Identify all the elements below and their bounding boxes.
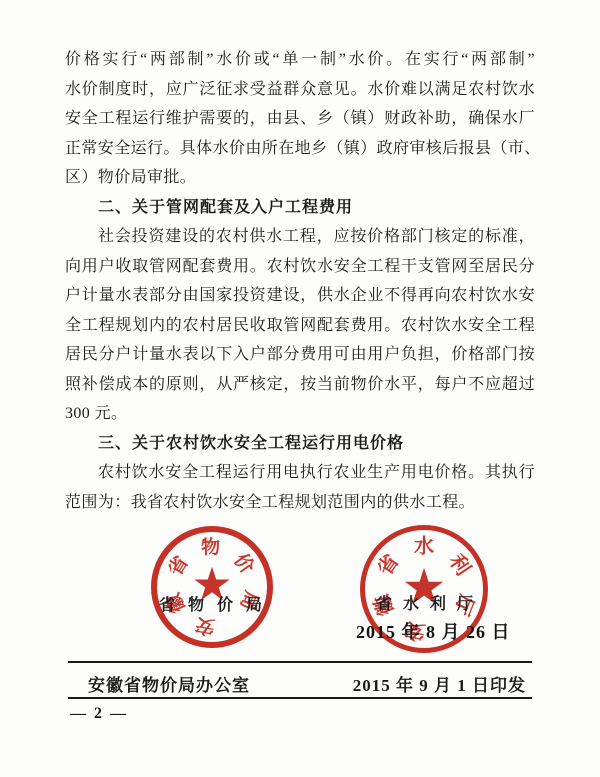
body-line: 照补偿成本的原则，从严核定，按当前物价水平，每户不应超过	[65, 370, 535, 400]
body-line: 正常安全运行。具体水价由所在地乡（镇）政府审核后报县（市、	[65, 134, 535, 164]
body-line: 水价制度时，应广泛征求受益群众意见。水价难以满足农村饮水	[65, 75, 535, 105]
body-line: 价格实行“两部制”水价或“单一制”水价。在实行“两部制”	[65, 45, 535, 75]
footer-row: 安徽省物价局办公室 2015 年 9 月 1 日印发	[68, 670, 532, 696]
body-line: 居民分户计量水表以下入户部分费用可由用户负担，价格部门按	[65, 340, 535, 370]
body-line: 户计量水表部分由国家投资建设，供水企业不得再向农村饮水安	[65, 281, 535, 311]
body-line: 全工程规划内的农村居民收取管网配套费用。农村饮水安全工程	[65, 311, 535, 341]
body-line: 社会投资建设的农村供水工程，应按价格部门核定的标准，	[65, 222, 535, 252]
page-number: — 2 —	[70, 705, 128, 723]
seal-arc-char: 水	[414, 530, 434, 559]
issuing-office: 安徽省物价局办公室	[68, 671, 250, 696]
body-line: 农村饮水安全工程运行用电执行农业生产用电价格。其执行	[65, 458, 535, 488]
price-bureau-label: 省物价局	[159, 592, 275, 615]
document-body: 价格实行“两部制”水价或“单一制”水价。在实行“两部制” 水价制度时，应广泛征求…	[65, 45, 535, 517]
body-line: 向用户收取管网配套费用。农村饮水安全工程干支管网至居民分	[65, 252, 535, 282]
seal-date: 2015 年 8 月 26 日	[356, 618, 511, 644]
price-bureau-seal: ★ 安 徽 省 物 价 局	[151, 526, 273, 648]
body-line: 300 元。	[65, 399, 535, 429]
footer-rule-top	[68, 661, 532, 663]
body-line: 安全工程运行维护需要的，由县、乡（镇）财政补助，确保水厂	[65, 104, 535, 134]
section-heading-2: 二、关于管网配套及入户工程费用	[65, 193, 535, 223]
print-date: 2015 年 9 月 1 日印发	[353, 671, 532, 696]
section-heading-3: 三、关于农村饮水安全工程运行用电价格	[65, 429, 535, 459]
body-line: 区）物价局审批。	[65, 163, 535, 193]
scanned-document-page: 价格实行“两部制”水价或“单一制”水价。在实行“两部制” 水价制度时，应广泛征求…	[0, 0, 600, 777]
body-line: 范围为：我省农村饮水安全工程规划范围内的供水工程。	[65, 488, 535, 518]
footer-rule-bottom	[68, 697, 532, 699]
water-dept-label: 省水利厅	[376, 591, 484, 614]
seal-arc-char: 物	[201, 532, 221, 560]
